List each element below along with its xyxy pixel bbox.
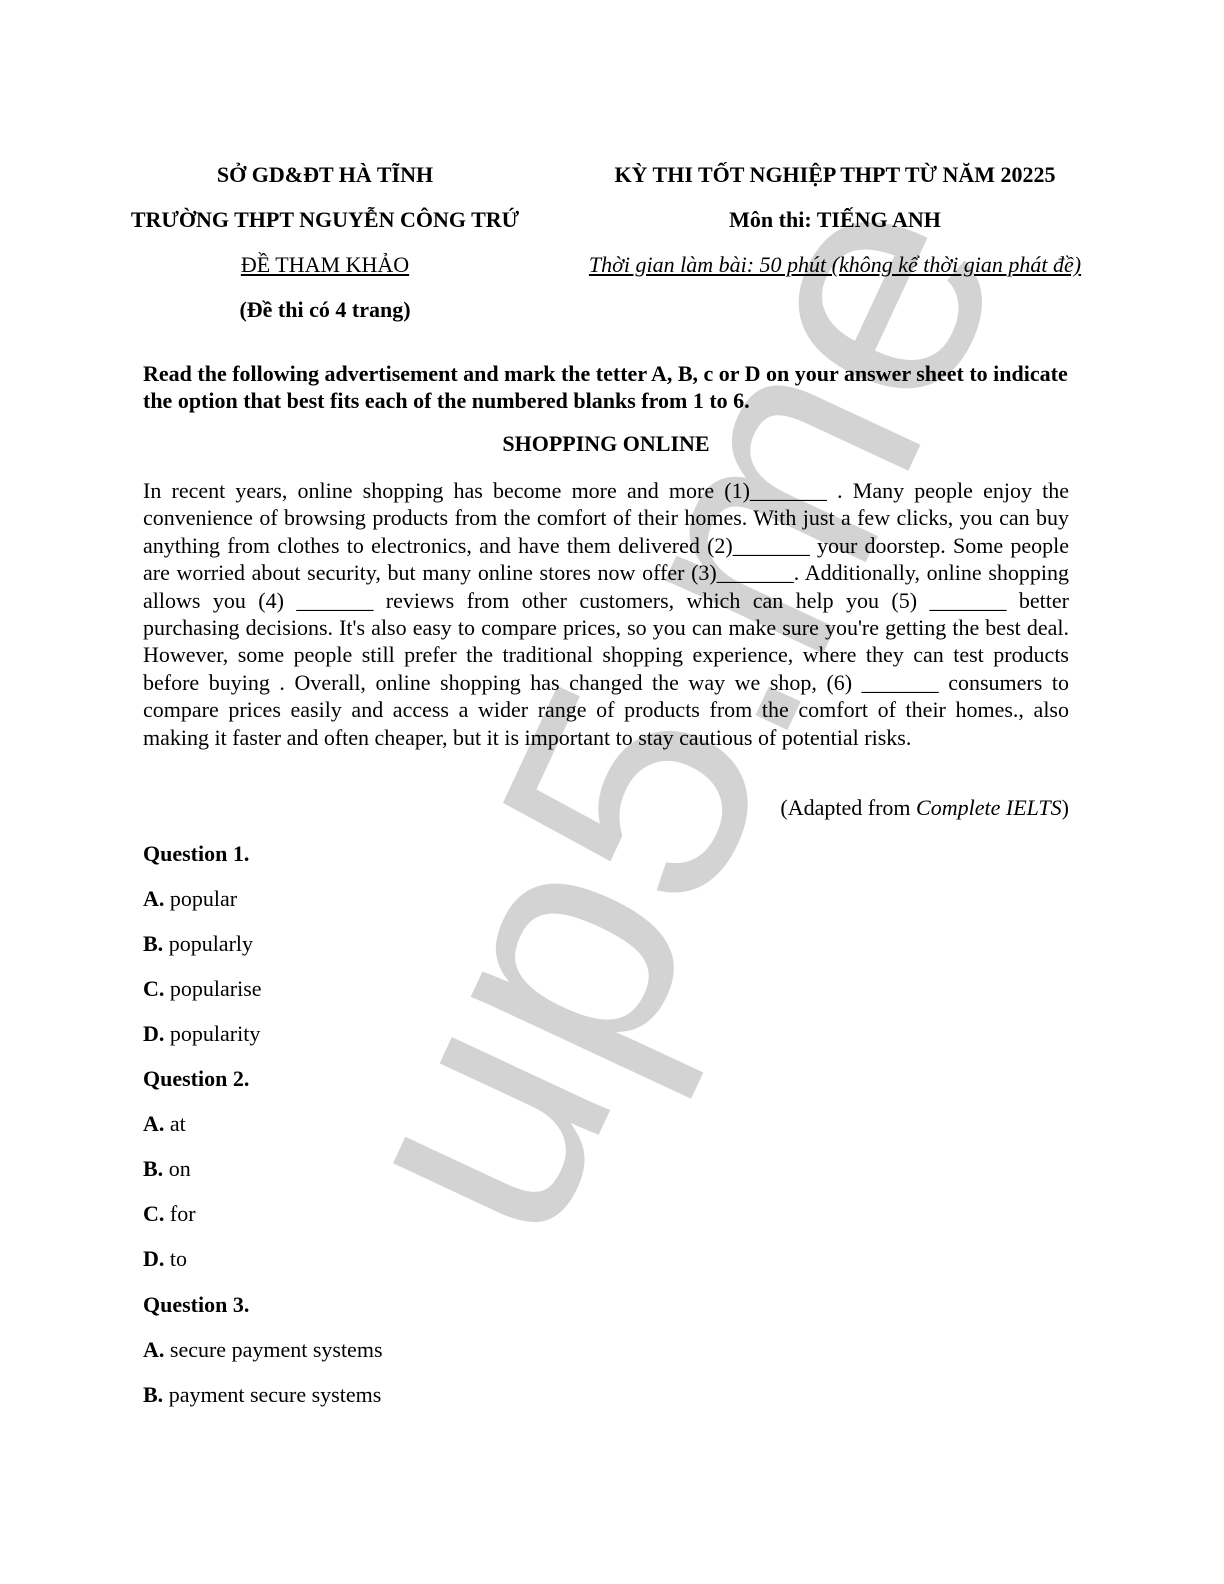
passage-source: (Adapted from Complete IELTS) [143, 795, 1069, 821]
exam-type: ĐỀ THAM KHẢO [241, 252, 409, 277]
option[interactable]: B. payment secure systems [143, 1382, 381, 1408]
option[interactable]: D. popularity [143, 1021, 260, 1047]
option[interactable]: A. secure payment systems [143, 1337, 383, 1363]
option[interactable]: B. popularly [143, 931, 253, 957]
question-label: Question 1. [143, 841, 249, 867]
option[interactable]: A. popular [143, 886, 237, 912]
exam-name: KỲ THI TỐT NGHIỆP THPT TỪ NĂM 20225 [560, 162, 1110, 188]
question-label: Question 3. [143, 1292, 249, 1318]
passage-title: SHOPPING ONLINE [143, 431, 1069, 457]
instruction: Read the following advertisement and mar… [143, 360, 1069, 414]
page-count: (Đề thi có 4 trang) [100, 297, 550, 323]
option[interactable]: A. at [143, 1111, 186, 1137]
exam-page: SỞ GD&ĐT HÀ TĨNH TRƯỜNG THPT NGUYỄN CÔNG… [0, 0, 1224, 1584]
subject: Môn thi: TIẾNG ANH [560, 207, 1110, 233]
school-name: TRƯỜNG THPT NGUYỄN CÔNG TRỨ [100, 207, 550, 233]
exam-time: Thời gian làm bài: 50 phút (không kể thờ… [589, 252, 1081, 277]
source-title: Complete IELTS [916, 795, 1062, 820]
department-name: SỞ GD&ĐT HÀ TĨNH [100, 162, 550, 188]
option[interactable]: C. for [143, 1201, 196, 1227]
question-label: Question 2. [143, 1066, 249, 1092]
option[interactable]: B. on [143, 1156, 191, 1182]
option[interactable]: C. popularise [143, 976, 262, 1002]
passage-text: In recent years, online shopping has bec… [143, 477, 1069, 751]
option[interactable]: D. to [143, 1246, 187, 1272]
